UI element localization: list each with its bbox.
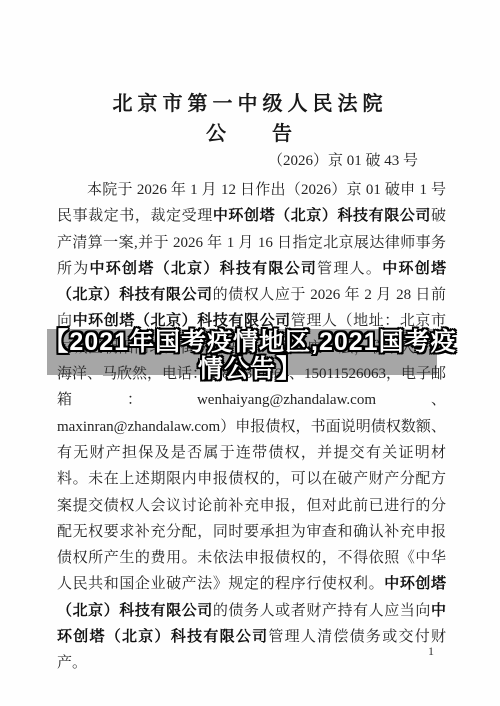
body-run: 管理人。 bbox=[317, 261, 382, 277]
announcement-body: 本院于 2026 年 1 月 12 日作出（2026）京 01 破申 1 号民事… bbox=[57, 177, 446, 677]
court-title: 北京市第一中级人民法院 bbox=[0, 87, 500, 116]
watermark-text: 【2021年国考疫情地区,2021国考疫情公告】 bbox=[40, 329, 460, 383]
case-number: （2026）京 01 破 43 号 bbox=[57, 149, 418, 170]
doc-type-title: 公 告 bbox=[0, 117, 500, 146]
company-name: 中环创塔（北京）科技有限公司 bbox=[213, 207, 431, 224]
company-name: 中环创塔（北京）科技有限公司 bbox=[73, 312, 291, 329]
watermark-line: 情公告】 bbox=[40, 356, 460, 383]
watermark-line: 【2021年国考疫情地区,2021国考疫 bbox=[40, 329, 460, 356]
body-run: 的债务人或者财产持有人应当向 bbox=[213, 603, 431, 619]
page-number: 1 bbox=[428, 644, 434, 659]
company-name: 中环创塔（北京）科技有限公司 bbox=[90, 260, 318, 277]
